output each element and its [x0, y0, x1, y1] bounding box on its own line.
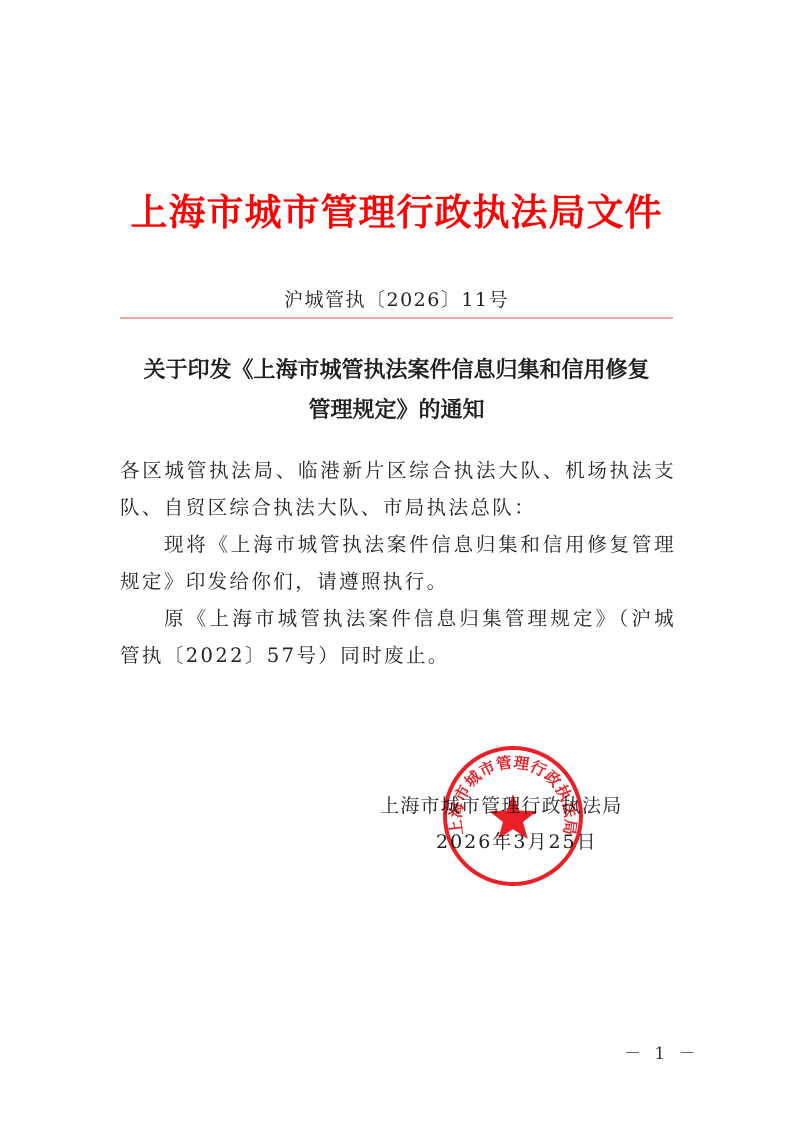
body-paragraph-1: 现将《上海市城管执法案件信息归集和信用修复管理规定》印发给你们，请遵照执行。	[120, 526, 676, 600]
red-divider-line	[120, 317, 673, 319]
document-header-title: 上海市城市管理行政执法局文件	[0, 188, 793, 238]
body-paragraph-2: 原《上海市城管执法案件信息归集管理规定》（沪城管执〔2022〕57号）同时废止。	[120, 600, 676, 674]
addressees: 各区城管执法局、临港新片区综合执法大队、机场执法支队、自贸区综合执法大队、市局执…	[120, 452, 676, 526]
document-page: 上海市城市管理行政执法局文件 沪城管执〔2026〕11号 关于印发《上海市城管执…	[0, 0, 793, 1122]
document-number: 沪城管执〔2026〕11号	[0, 287, 793, 313]
subject-line-2: 管理规定》的通知	[308, 397, 484, 423]
page-number: － 1 －	[624, 1043, 700, 1065]
official-seal-icon: 上海市城市管理行政执法局	[441, 744, 585, 888]
notice-body: 各区城管执法局、临港新片区综合执法大队、机场执法支队、自贸区综合执法大队、市局执…	[120, 452, 676, 674]
notice-subject: 关于印发《上海市城管执法案件信息归集和信用修复 管理规定》的通知	[110, 350, 683, 430]
subject-line-1: 关于印发《上海市城管执法案件信息归集和信用修复	[143, 357, 649, 383]
star-icon	[489, 794, 537, 839]
